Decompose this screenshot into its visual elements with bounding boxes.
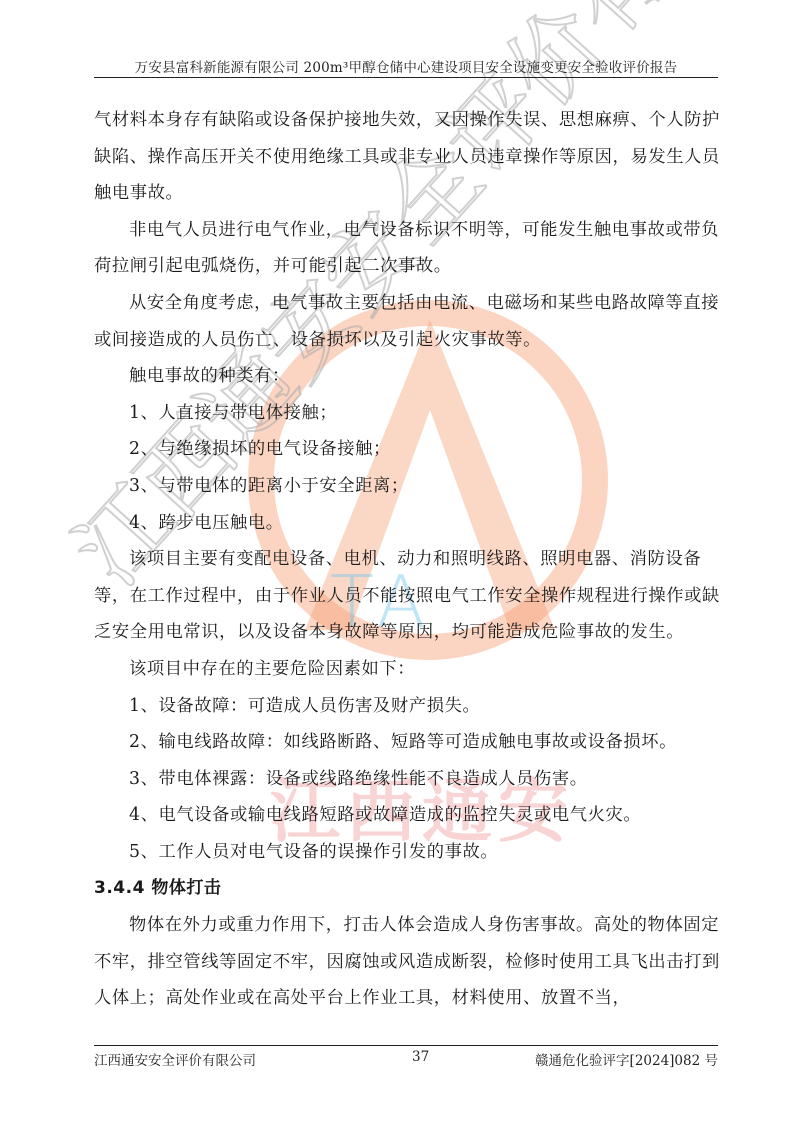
paragraph: 该项目主要有变配电设备、电机、动力和照明线路、照明电器、消防设备等，在工作过程中… bbox=[94, 541, 720, 651]
paragraph: 从安全角度考虑，电气事故主要包括由电流、电磁场和某些电路故障等直接或间接造成的人… bbox=[94, 285, 720, 358]
paragraph: 触电事故的种类有： bbox=[94, 358, 720, 395]
list-item: 1、人直接与带电体接触； bbox=[94, 395, 720, 432]
list-item: 4、电气设备或输电线路短路或故障造成的监控失灵或电气火灾。 bbox=[94, 797, 720, 834]
list-item: 5、工作人员对电气设备的误操作引发的事故。 bbox=[94, 834, 720, 871]
document-body: 气材料本身存有缺陷或设备保护接地失效，又因操作失误、思想麻痹、个人防护缺陷、操作… bbox=[94, 102, 720, 1017]
paragraph: 该项目中存在的主要危险因素如下： bbox=[94, 651, 720, 688]
page-header-title: 万安县富科新能源有限公司 200m³甲醇仓储中心建设项目安全设施变更安全验收评价… bbox=[94, 56, 718, 76]
list-item: 2、与绝缘损坏的电气设备接触； bbox=[94, 431, 720, 468]
header-divider bbox=[94, 77, 718, 78]
footer-divider bbox=[94, 1045, 718, 1046]
list-item: 3、带电体裸露：设备或线路绝缘性能不良造成人员伤害。 bbox=[94, 761, 720, 798]
list-item: 1、设备故障：可造成人员伤害及财产损失。 bbox=[94, 688, 720, 725]
paragraph: 非电气人员进行电气作业，电气设备标识不明等，可能发生触电事故或带负荷拉闸引起电弧… bbox=[94, 212, 720, 285]
page-number: 37 bbox=[412, 1049, 429, 1065]
list-item: 3、与带电体的距离小于安全距离； bbox=[94, 468, 720, 505]
list-item: 2、输电线路故障：如线路断路、短路等可造成触电事故或设备损坏。 bbox=[94, 724, 720, 761]
footer-company: 江西通安安全评价有限公司 bbox=[94, 1049, 256, 1069]
document-number: 赣通危化验评字[2024]082 号 bbox=[535, 1049, 718, 1069]
paragraph: 气材料本身存有缺陷或设备保护接地失效，又因操作失误、思想麻痹、个人防护缺陷、操作… bbox=[94, 102, 720, 212]
section-heading: 3.4.4 物体打击 bbox=[94, 870, 720, 907]
list-item: 4、跨步电压触电。 bbox=[94, 505, 720, 542]
paragraph: 物体在外力或重力作用下，打击人体会造成人身伤害事故。高处的物体固定不牢，排空管线… bbox=[94, 907, 720, 1017]
